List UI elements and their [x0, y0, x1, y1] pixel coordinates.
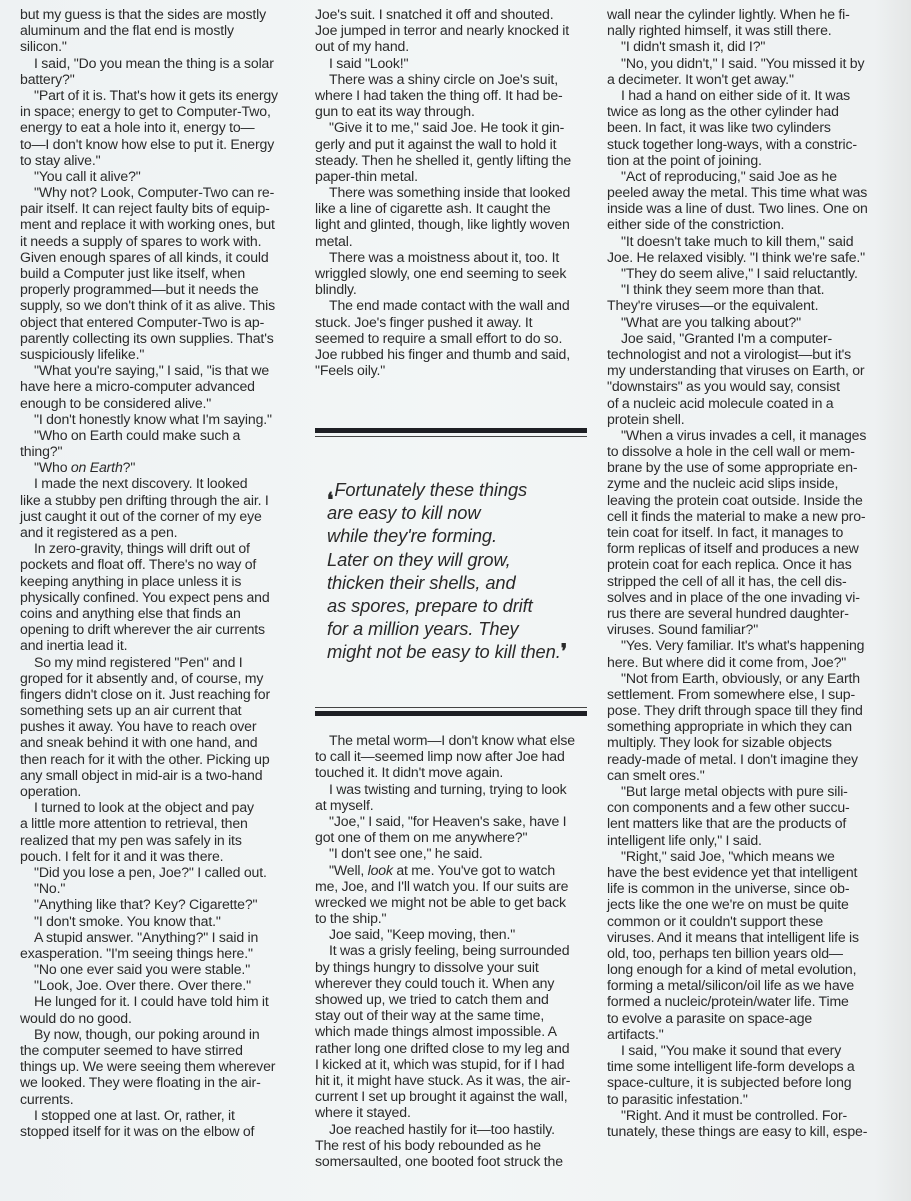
text-line: "No, you didn't," I said. "You missed it… — [607, 55, 879, 71]
text-line: artifacts." — [607, 1026, 879, 1042]
text-line: object that entered Computer-Two is ap- — [20, 314, 290, 330]
text-line: light and glinted, though, like lightly … — [315, 216, 587, 232]
text-line: metal. — [315, 233, 587, 249]
text-line: stuck together long-ways, with a constri… — [607, 136, 879, 152]
text-line: I was twisting and turning, trying to lo… — [315, 781, 587, 797]
text-line: of a nucleic acid molecule coated in a — [607, 395, 879, 411]
text-line: long enough for a kind of metal evolutio… — [607, 961, 879, 977]
text-line: hit it, it might have stuck. As it was, … — [315, 1072, 587, 1088]
text-line: It was a grisly feeling, being surrounde… — [315, 942, 587, 958]
text-line: rather long one drifted close to my leg … — [315, 1040, 587, 1056]
text-line: and sneak behind it with one hand, and — [20, 734, 290, 750]
text-line: I kicked at it, which was stupid, for if… — [315, 1056, 587, 1072]
pull-quote-line: as spores, prepare to drift — [327, 594, 597, 617]
text-line: viruses. Sound familiar?" — [607, 621, 879, 637]
text-line: opening to drift wherever the air curren… — [20, 621, 290, 637]
magazine-page: but my guess is that the sides are mostl… — [0, 0, 911, 1201]
text-line: coins and anything else that finds an — [20, 605, 290, 621]
text-line: then reach for it with the other. Pickin… — [20, 751, 290, 767]
text-line: The metal worm—I don't know what else — [315, 732, 587, 748]
text-line: "Not from Earth, obviously, or any Earth — [607, 670, 879, 686]
text-line: and it registered as a pen. — [20, 524, 290, 540]
text-line: showed up, we tried to catch them and — [315, 991, 587, 1007]
text-line: con components and a few other succu- — [607, 799, 879, 815]
text-line: and inertia lead it. — [20, 637, 290, 653]
text-line: either side of the constriction. — [607, 216, 879, 232]
text-line: form replicas of itself and produces a n… — [607, 540, 879, 556]
text-line: energy to eat a hole into it, energy to— — [20, 119, 290, 135]
text-line: jects like the one we're on must be quit… — [607, 896, 879, 912]
text-line: stripped the cell of all it has, the cel… — [607, 573, 879, 589]
pull-quote-top-rule-thick — [315, 428, 587, 433]
text-line: to the ship." — [315, 910, 587, 926]
text-line: A stupid answer. "Anything?" I said in — [20, 929, 290, 945]
text-line: like a line of cigarette ash. It caught … — [315, 200, 587, 216]
text-line: have the best evidence yet that intellig… — [607, 864, 879, 880]
text-line: suspiciously lifelike." — [20, 346, 290, 362]
text-line: inside was a line of dust. Two lines. On… — [607, 200, 879, 216]
text-line: "Did you lose a pen, Joe?" I called out. — [20, 864, 290, 880]
text-line: supply, so we don't think of it as alive… — [20, 297, 290, 313]
pull-quote: ❜Fortunately these things are easy to ki… — [327, 478, 597, 664]
text-line: wriggled slowly, one end seeming to seek — [315, 265, 587, 281]
text-line: technologist and not a virologist—but it… — [607, 346, 879, 362]
text-line: "Why not? Look, Computer-Two can re- — [20, 184, 290, 200]
text-line: viruses. And it means that intelligent l… — [607, 929, 879, 945]
text-line: wall near the cylinder lightly. When he … — [607, 6, 879, 22]
text-line: I made the next discovery. It looked — [20, 475, 290, 491]
text-line: would do no good. — [20, 1010, 290, 1026]
open-quote-mark-icon: ❜ — [327, 480, 333, 500]
text-line: settlement. From somewhere else, I sup- — [607, 686, 879, 702]
text-line: "Give it to me," said Joe. He took it gi… — [315, 119, 587, 135]
pull-quote-line: ❜Fortunately these things — [327, 478, 597, 501]
pull-quote-line: for a million years. They — [327, 617, 597, 640]
text-line: keeping anything in place unless it is — [20, 573, 290, 589]
text-line: parently collecting its own supplies. Th… — [20, 330, 290, 346]
pull-quote-bottom-rule-thin — [315, 707, 587, 708]
text-line: "They do seem alive," I said reluctantly… — [607, 265, 879, 281]
text-line: formed a nucleic/protein/water life. Tim… — [607, 993, 879, 1009]
text-line: protein coat for each replica. Once it h… — [607, 556, 879, 572]
text-line: can smelt ores." — [607, 767, 879, 783]
text-line: tion at the point of joining. — [607, 152, 879, 168]
text-line: Joe said, "Granted I'm a computer- — [607, 330, 879, 346]
text-line: build a Computer just like itself, when — [20, 265, 290, 281]
text-line: "No." — [20, 880, 290, 896]
text-line: There was something inside that looked — [315, 184, 587, 200]
text-line: "What are you talking about?" — [607, 314, 879, 330]
pull-quote-line: thicken their shells, and — [327, 571, 597, 594]
text-line: somersaulted, one booted foot struck the — [315, 1153, 587, 1169]
text-line: gun to eat its way through. — [315, 103, 587, 119]
text-line: but my guess is that the sides are mostl… — [20, 6, 290, 22]
text-line: "I didn't smash it, did I?" — [607, 38, 879, 54]
text-line: a decimeter. It won't get away." — [607, 71, 879, 87]
text-line: I stopped one at last. Or, rather, it — [20, 1107, 290, 1123]
text-line: wrecked we might not be able to get back — [315, 894, 587, 910]
text-line: solves and in place of the one invading … — [607, 589, 879, 605]
text-line: pouch. I felt for it and it was there. — [20, 848, 290, 864]
text-line: pushes it away. You have to reach over — [20, 718, 290, 734]
text-line: where it stayed. — [315, 1104, 587, 1120]
text-line: "downstairs" as you would say, consist — [607, 378, 879, 394]
close-quote-mark-icon: ❜ — [561, 641, 567, 663]
text-line: brane by the use of some appropriate en- — [607, 459, 879, 475]
pull-quote-line: are easy to kill now — [327, 501, 597, 524]
text-line: stuck. Joe's finger pushed it away. It — [315, 314, 587, 330]
text-line: "Who on Earth?" — [20, 459, 290, 475]
text-line: I said, "You make it sound that every — [607, 1042, 879, 1058]
text-line: current I set up brought it against the … — [315, 1088, 587, 1104]
text-line: time some intelligent life-form develops… — [607, 1058, 879, 1074]
text-line: rus there are several hundred daughter- — [607, 605, 879, 621]
text-line: the computer seemed to have stirred — [20, 1042, 290, 1058]
text-line: to stay alive." — [20, 152, 290, 168]
text-line: we looked. They were floating in the air… — [20, 1074, 290, 1090]
text-line: "I don't see one," he said. — [315, 845, 587, 861]
text-line: "I don't smoke. You know that." — [20, 913, 290, 929]
text-line: out of my hand. — [315, 38, 587, 54]
text-line: paper-thin metal. — [315, 168, 587, 184]
text-line: it needs a supply of spares to work with… — [20, 233, 290, 249]
pull-quote-line: Later on they will grow, — [327, 548, 597, 571]
text-line: to call it—seemed limp now after Joe had — [315, 748, 587, 764]
text-line: "Yes. Very familiar. It's what's happeni… — [607, 637, 879, 653]
text-line: Joe said, "Keep moving, then." — [315, 926, 587, 942]
text-line: "Part of it is. That's how it gets its e… — [20, 87, 290, 103]
text-line: common or it couldn't support these — [607, 913, 879, 929]
text-line: silicon." — [20, 38, 290, 54]
text-line: touched it. It didn't move again. — [315, 764, 587, 780]
text-line: There was a shiny circle on Joe's suit, — [315, 71, 587, 87]
text-line: twice as long as the other cylinder had — [607, 103, 879, 119]
text-line: blindly. — [315, 281, 587, 297]
text-line: There was a moistness about it, too. It — [315, 249, 587, 265]
text-line: enough to be considered alive." — [20, 395, 290, 411]
text-line: by things hungry to dissolve your suit — [315, 959, 587, 975]
text-line: stay out of their way at the same time, — [315, 1007, 587, 1023]
text-line: thing?" — [20, 443, 290, 459]
text-line: something appropriate in which they can — [607, 718, 879, 734]
text-line: "Feels oily." — [315, 362, 587, 378]
text-line: my understanding that viruses on Earth, … — [607, 362, 879, 378]
pull-quote-line: might not be easy to kill then.❜ — [327, 640, 597, 663]
text-line: to evolve a parasite on space-age — [607, 1010, 879, 1026]
text-line: "Right," said Joe, "which means we — [607, 848, 879, 864]
text-line: "What you're saying," I said, "is that w… — [20, 362, 290, 378]
text-line: to parasitic infestation." — [607, 1091, 879, 1107]
text-line: groped for it absently and, of course, m… — [20, 670, 290, 686]
text-line: pockets and float off. There's no way of — [20, 556, 290, 572]
text-line: gerly and put it against the wall to hol… — [315, 136, 587, 152]
text-line: got one of them on me anywhere?" — [315, 829, 587, 845]
text-line: lent matters like that are the products … — [607, 815, 879, 831]
text-line: tein coat for itself. In fact, it manage… — [607, 524, 879, 540]
text-line: me, Joe, and I'll watch you. If our suit… — [315, 878, 587, 894]
text-line: pair itself. It can reject faulty bits o… — [20, 200, 290, 216]
text-line: I said "Look!" — [315, 55, 587, 71]
text-line: at myself. — [315, 797, 587, 813]
text-line: here. But where did it come from, Joe?" — [607, 654, 879, 670]
text-line: "No one ever said you were stable." — [20, 961, 290, 977]
text-line: in space; energy to get to Computer-Two, — [20, 103, 290, 119]
text-line: things up. We were seeing them wherever — [20, 1058, 290, 1074]
text-line: which made things almost impossible. A — [315, 1023, 587, 1039]
text-line: "When a virus invades a cell, it manages — [607, 427, 879, 443]
text-line: "Look, Joe. Over there. Over there." — [20, 977, 290, 993]
text-column-2-bottom: The metal worm—I don't know what elseto … — [315, 732, 587, 1169]
text-line: "Well, look at me. You've got to watch — [315, 862, 587, 878]
text-line: stopped itself for it was on the elbow o… — [20, 1123, 290, 1139]
text-line: cell it finds the material to make a new… — [607, 508, 879, 524]
text-line: zyme and the nucleic acid slips inside, — [607, 475, 879, 491]
text-line: aluminum and the flat end is mostly — [20, 22, 290, 38]
pull-quote-top-rule-thin — [315, 436, 587, 437]
text-line: "Act of reproducing," said Joe as he — [607, 168, 879, 184]
text-line: I had a hand on either side of it. It wa… — [607, 87, 879, 103]
text-line: forming a metal/silicon/oil life as we h… — [607, 977, 879, 993]
text-line: "I don't honestly know what I'm saying." — [20, 411, 290, 427]
text-line: physically confined. You expect pens and — [20, 589, 290, 605]
text-line: ment and replace it with working ones, b… — [20, 216, 290, 232]
text-line: life is common in the universe, since ob… — [607, 880, 879, 896]
text-line: space-culture, it is subjected before lo… — [607, 1074, 879, 1090]
text-line: battery?" — [20, 71, 290, 87]
text-line: Joe's suit. I snatched it off and shoute… — [315, 6, 587, 22]
text-line: something sets up an air current that — [20, 702, 290, 718]
text-line: "But large metal objects with pure sili- — [607, 783, 879, 799]
text-line: pose. They drift through space till they… — [607, 702, 879, 718]
text-column-3: wall near the cylinder lightly. When he … — [607, 6, 879, 1139]
text-line: properly programmed—but it needs the — [20, 281, 290, 297]
text-line: protein shell. — [607, 411, 879, 427]
text-line: realized that my pen was safely in its — [20, 832, 290, 848]
pull-quote-line: while they're forming. — [327, 524, 597, 547]
text-line: to dissolve a hole in the cell wall or m… — [607, 443, 879, 459]
text-line: They're viruses—or the equivalent. — [607, 297, 879, 313]
text-line: any small object in mid-air is a two-han… — [20, 767, 290, 783]
text-line: to—I don't know how else to put it. Ener… — [20, 136, 290, 152]
text-line: old, too, perhaps ten billion years old— — [607, 945, 879, 961]
text-line: Given enough spares of all kinds, it cou… — [20, 249, 290, 265]
text-line: Joe jumped in terror and nearly knocked … — [315, 22, 587, 38]
text-line: leaving the protein coat outside. Inside… — [607, 492, 879, 508]
text-line: "You call it alive?" — [20, 168, 290, 184]
text-line: have here a micro-computer advanced — [20, 378, 290, 394]
text-line: been. In fact, it was like two cylinders — [607, 119, 879, 135]
text-line: "Joe," I said, "for Heaven's sake, have … — [315, 813, 587, 829]
text-line: "Anything like that? Key? Cigarette?" — [20, 896, 290, 912]
text-line: exasperation. "I'm seeing things here." — [20, 945, 290, 961]
text-line: ready-made of metal. I don't imagine the… — [607, 751, 879, 767]
text-line: "Right. And it must be controlled. For- — [607, 1107, 879, 1123]
text-line: peeled away the metal. This time what wa… — [607, 184, 879, 200]
text-line: a little more attention to retrieval, th… — [20, 815, 290, 831]
text-line: So my mind registered "Pen" and I — [20, 654, 290, 670]
text-line: "It doesn't take much to kill them," sai… — [607, 233, 879, 249]
text-line: multiply. They look for sizable objects — [607, 734, 879, 750]
text-line: In zero-gravity, things will drift out o… — [20, 540, 290, 556]
text-line: intelligent life only," I said. — [607, 832, 879, 848]
text-column-2-top: Joe's suit. I snatched it off and shoute… — [315, 6, 587, 378]
text-line: By now, though, our poking around in — [20, 1026, 290, 1042]
text-line: tunately, these things are easy to kill,… — [607, 1123, 879, 1139]
text-line: "I think they seem more than that. — [607, 281, 879, 297]
text-line: operation. — [20, 783, 290, 799]
text-line: steady. Then he shelled it, gently lifti… — [315, 152, 587, 168]
text-line: currents. — [20, 1091, 290, 1107]
text-line: like a stubby pen drifting through the a… — [20, 492, 290, 508]
pull-quote-bottom-rule-thick — [315, 711, 587, 716]
text-line: He lunged for it. I could have told him … — [20, 993, 290, 1009]
text-line: I turned to look at the object and pay — [20, 799, 290, 815]
text-line: seemed to require a small effort to do s… — [315, 330, 587, 346]
text-line: fingers didn't close on it. Just reachin… — [20, 686, 290, 702]
text-line: wherever they could touch it. When any — [315, 975, 587, 991]
text-line: Joe reached hastily for it—too hastily. — [315, 1121, 587, 1137]
text-line: Joe. He relaxed visibly. "I think we're … — [607, 249, 879, 265]
text-line: nally righted himself, it was still ther… — [607, 22, 879, 38]
text-line: just caught it out of the corner of my e… — [20, 508, 290, 524]
text-line: I said, "Do you mean the thing is a sola… — [20, 55, 290, 71]
text-line: "Who on Earth could make such a — [20, 427, 290, 443]
text-line: where I had taken the thing off. It had … — [315, 87, 587, 103]
text-line: Joe rubbed his finger and thumb and said… — [315, 346, 587, 362]
text-line: The end made contact with the wall and — [315, 297, 587, 313]
text-column-1: but my guess is that the sides are mostl… — [20, 6, 290, 1139]
text-line: The rest of his body rebounded as he — [315, 1137, 587, 1153]
